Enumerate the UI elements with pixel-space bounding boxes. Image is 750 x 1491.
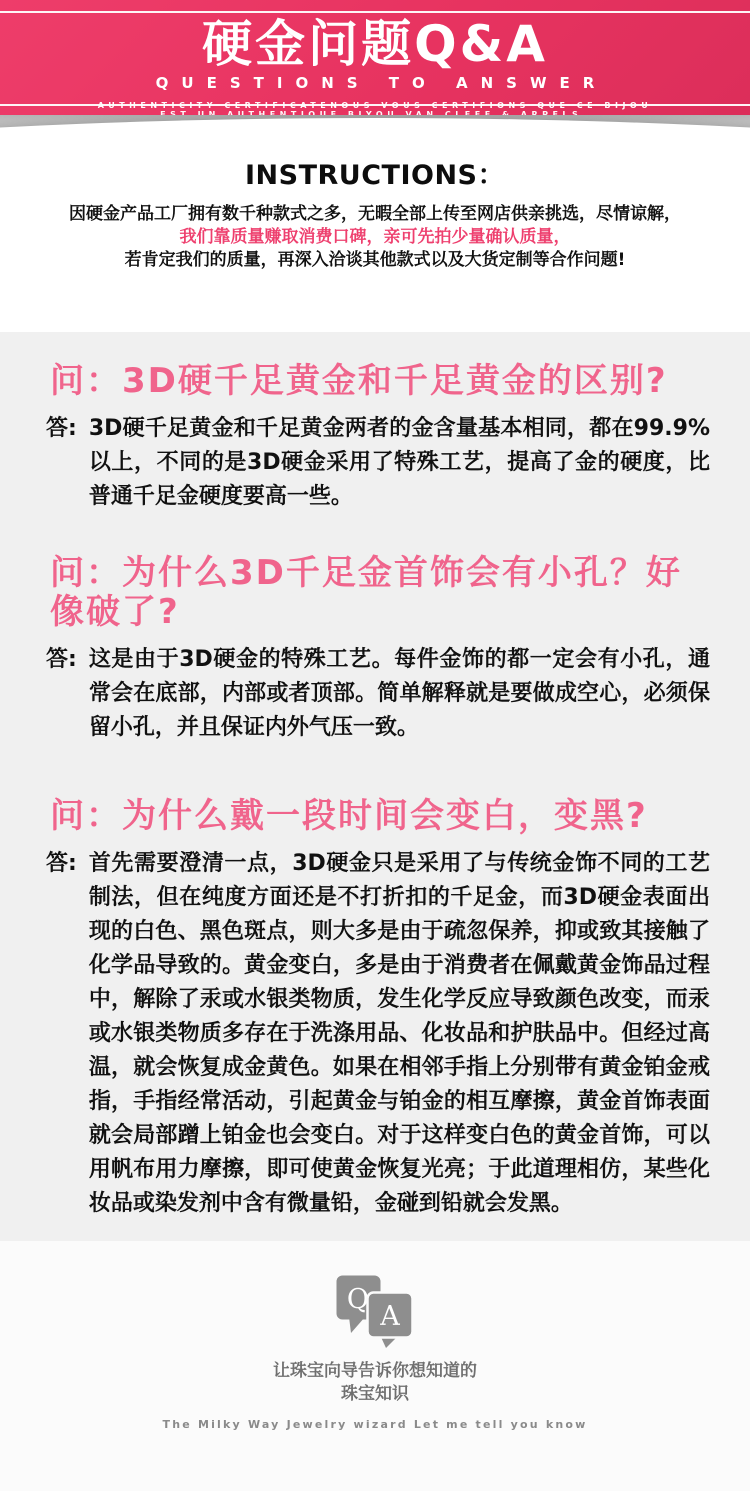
answer-text-2: 这是由于3D硬金的特殊工艺。每件金饰的都一定会有小孔，通常会在底部，内部或者顶部… bbox=[89, 643, 710, 745]
qa-item-3: 问：为什么戴一段时间会变白，变黑? 答: 首先需要澄清一点，3D硬金只是采用了与… bbox=[46, 797, 710, 1221]
answer-text-3: 首先需要澄清一点，3D硬金只是采用了与传统金饰不同的工艺制法，但在纯度方面还是不… bbox=[89, 847, 710, 1221]
question-heading-2: 问：为什么3D千足金首饰会有小孔？好像破了? bbox=[50, 554, 710, 632]
footer-english-line: The Milky Way Jewelry wizard Let me tell… bbox=[0, 1418, 750, 1431]
a-bubble: A bbox=[368, 1293, 413, 1349]
footer-caption-line1: 让珠宝向导告诉你想知道的 bbox=[0, 1360, 750, 1383]
banner-curve-shadow bbox=[0, 115, 750, 143]
a-letter: A bbox=[379, 1301, 400, 1332]
page: 硬金问题Q&A QUESTIONS TO ANSWER AUTHENTICITY… bbox=[0, 0, 750, 1491]
question-heading-3: 问：为什么戴一段时间会变白，变黑? bbox=[50, 797, 710, 836]
answer-text-1: 3D硬千足黄金和千足黄金两者的金含量基本相同，都在99.9%以上，不同的是3D硬… bbox=[89, 412, 710, 514]
banner-bottom-line bbox=[0, 104, 750, 106]
qa-item-1: 问：3D硬千足黄金和千足黄金的区别? 答: 3D硬千足黄金和千足黄金两者的金含量… bbox=[46, 362, 710, 514]
answer-block-2: 答: 这是由于3D硬金的特殊工艺。每件金饰的都一定会有小孔，通常会在底部，内部或… bbox=[46, 643, 710, 745]
qa-chat-bubbles-icon: Q A bbox=[336, 1275, 414, 1348]
banner-top-line bbox=[0, 11, 750, 13]
header-banner: 硬金问题Q&A QUESTIONS TO ANSWER AUTHENTICITY… bbox=[0, 0, 750, 115]
q-letter: Q bbox=[347, 1284, 369, 1315]
answer-block-3: 答: 首先需要澄清一点，3D硬金只是采用了与传统金饰不同的工艺制法，但在纯度方面… bbox=[46, 847, 710, 1221]
banner-subtitle: QUESTIONS TO ANSWER bbox=[0, 74, 750, 92]
instructions-line-3: 若肯定我们的质量，再深入洽谈其他款式以及大货定制等合作问题! bbox=[20, 249, 730, 272]
question-heading-1: 问：3D硬千足黄金和千足黄金的区别? bbox=[50, 362, 710, 401]
footer-caption-line2: 珠宝知识 bbox=[0, 1383, 750, 1406]
instructions-heading: INSTRUCTIONS： bbox=[20, 153, 730, 192]
answer-label-2: 答: bbox=[46, 643, 77, 677]
qa-item-2: 问：为什么3D千足金首饰会有小孔？好像破了? 答: 这是由于3D硬金的特殊工艺。… bbox=[46, 554, 710, 745]
answer-label-3: 答: bbox=[46, 847, 77, 881]
instructions-line-1: 因硬金产品工厂拥有数千种款式之多，无暇全部上传至网店供亲挑选，尽情谅解， bbox=[20, 203, 730, 226]
answer-label-1: 答: bbox=[46, 412, 77, 446]
footer-section: Q A 让珠宝向导告诉你想知道的 珠宝知识 The Milky Way Jewe… bbox=[0, 1241, 750, 1491]
answer-block-1: 答: 3D硬千足黄金和千足黄金两者的金含量基本相同，都在99.9%以上，不同的是… bbox=[46, 412, 710, 514]
qa-section: 问：3D硬千足黄金和千足黄金的区别? 答: 3D硬千足黄金和千足黄金两者的金含量… bbox=[0, 332, 750, 1241]
instructions-section: INSTRUCTIONS： 因硬金产品工厂拥有数千种款式之多，无暇全部上传至网店… bbox=[0, 143, 750, 332]
instructions-line-2-highlight: 我们靠质量赚取消费口碑，亲可先拍少量确认质量， bbox=[20, 226, 730, 249]
